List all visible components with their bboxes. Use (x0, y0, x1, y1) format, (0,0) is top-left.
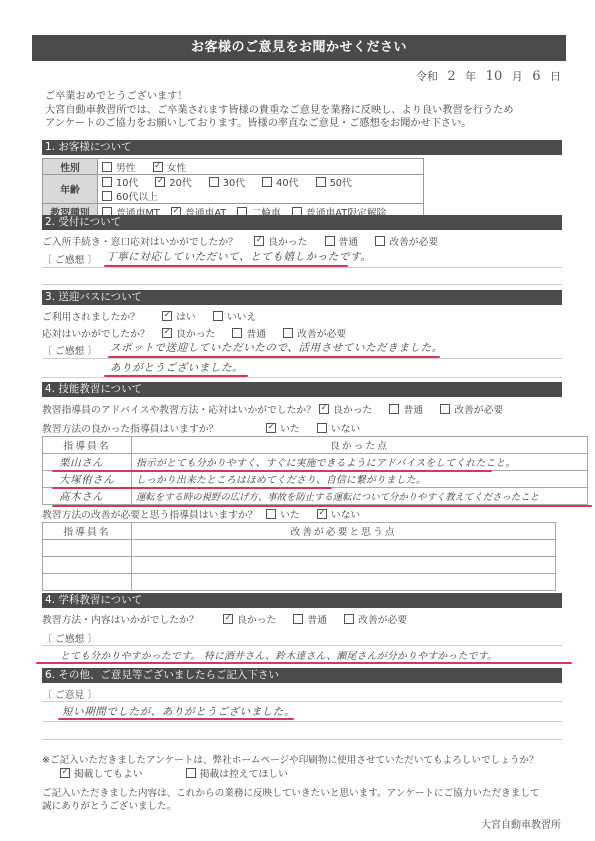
table-row (43, 574, 556, 591)
checkbox-30s[interactable] (209, 177, 219, 187)
checkbox-needs-improvement[interactable] (440, 404, 450, 414)
reception-comment[interactable]: 丁寧に対応していただいて、とても嬉しかったです。 (106, 249, 371, 264)
col-good-points: 良かった点 (132, 437, 588, 454)
section-header-customer: 1. お客様について (42, 140, 562, 155)
checkbox-normal[interactable] (293, 614, 303, 624)
highlight-underline (36, 662, 572, 664)
form-title: お客様のご意見をお聞かせください (32, 35, 566, 61)
closing-text: ご記入いただきました内容は、これからの業務に反映していきたいと思います。アンケー… (42, 787, 540, 813)
option-good[interactable]: 良かった (254, 237, 307, 248)
table-row: 栗山さん 指示がとても分かりやすく、すぐに実施できるようにアドバイスをしてくれた… (43, 454, 588, 471)
customer-info-table: 性別 男性 女性 年齢 10代 20代 30代 40代 50代 60代以上 教習… (42, 158, 424, 220)
checkbox-no[interactable] (317, 509, 327, 519)
option-60s-plus[interactable]: 60代以上 (102, 192, 158, 203)
age-label: 年齢 (43, 175, 98, 204)
option-no[interactable]: いない (317, 424, 360, 435)
table-row: 高木さん 運転をする時の視野の広げ方、事故を防止する運転について分かりやすく教え… (43, 488, 588, 505)
checkbox-needs-improvement[interactable] (375, 236, 385, 246)
signature: 大宮自動車教習所 (481, 816, 561, 831)
bus-comment-line-1[interactable]: スポットで送迎していただいたので、活用させていただきました。 (110, 340, 443, 355)
checkbox-good[interactable] (162, 328, 172, 338)
option-30s[interactable]: 30代 (209, 178, 245, 189)
checkbox-yes[interactable] (266, 423, 276, 433)
publish-question: ※ご記入いただきましたアンケートは、弊社ホームページや印刷物に使用させていただい… (42, 752, 539, 766)
checkbox-good[interactable] (223, 614, 233, 624)
checkbox-publish-decline[interactable] (186, 768, 196, 778)
bus-comment-label: 〔 ご感想 〕 (42, 343, 97, 357)
intro-text: ご卒業おめでとうございます！ 大宮自動車教習所では、ご卒業されます皆様の貴重なご… (45, 90, 565, 131)
option-needs-improvement[interactable]: 改善が必要 (283, 329, 346, 340)
col-instructor-name: 指導員名 (43, 523, 132, 540)
highlight-underline (58, 718, 294, 720)
good-point[interactable]: 指示がとても分かりやすく、すぐに実施できるようにアドバイスをしてくれたこと。 (132, 454, 588, 471)
option-needs-improvement[interactable]: 改善が必要 (375, 237, 438, 248)
comment-line (42, 701, 562, 702)
good-point[interactable]: 運転をする時の視野の広げ方、事故を防止する運転について分かりやすく教えてくださっ… (132, 488, 588, 505)
date-day-label: 日 (550, 70, 561, 83)
date-month-label: 月 (512, 70, 523, 83)
option-normal[interactable]: 普通 (293, 615, 327, 626)
gender-options: 男性 女性 (98, 159, 424, 175)
checkbox-normal[interactable] (325, 236, 335, 246)
publish-options: 掲載してもよい 掲載は控えてほしい (60, 766, 302, 780)
section-header-classroom-lessons: 4. 学科教習について (42, 593, 562, 608)
checkbox-60s-plus[interactable] (102, 191, 112, 201)
section-header-driving-lessons: 4. 技能教習について (42, 382, 562, 397)
checkbox-normal[interactable] (232, 328, 242, 338)
option-male[interactable]: 男性 (102, 163, 136, 174)
instructor-advice-row: 教習指導員のアドバイスや教習方法・応対はいかがでしたか？ 良かった 普通 改善が… (42, 402, 517, 416)
checkbox-40s[interactable] (262, 177, 272, 187)
highlight-underline (52, 470, 492, 472)
instructor-name[interactable] (43, 557, 132, 574)
col-improvement-points: 改善が必要と思う点 (132, 523, 556, 540)
intro-line: アンケートのご協力をお願いしております。皆様の率直なご意見・ご感想をお聞かせ下さ… (45, 117, 565, 131)
option-female[interactable]: 女性 (153, 163, 187, 174)
gender-row: 性別 男性 女性 (43, 159, 424, 175)
good-instructor-question: 教習方法の良かった指導員はいますか？ (42, 421, 263, 435)
option-yes[interactable]: いた (266, 424, 300, 435)
bus-service-row: 応対はいかがでしたか？ 良かった 普通 改善が必要 (42, 326, 360, 340)
date-day[interactable]: 6 (532, 69, 540, 84)
checkbox-no[interactable] (213, 311, 223, 321)
option-yes[interactable]: はい (162, 312, 196, 323)
checkbox-male[interactable] (102, 162, 112, 172)
comment-line (42, 377, 562, 378)
table-header: 指導員名 良かった点 (43, 437, 588, 454)
closing-line: ご記入いただきました内容は、これからの業務に反映していきたいと思います。アンケー… (42, 787, 540, 800)
checkbox-female[interactable] (153, 162, 163, 172)
option-no[interactable]: いない (317, 510, 360, 521)
checkbox-good[interactable] (254, 236, 264, 246)
option-40s[interactable]: 40代 (262, 178, 298, 189)
intro-line: ご卒業おめでとうございます！ (45, 90, 565, 104)
option-publish-decline[interactable]: 掲載は控えてほしい (186, 769, 288, 780)
date: 令和 2 年 10 月 6 日 (416, 68, 561, 84)
option-good[interactable]: 良かった (223, 615, 276, 626)
checkbox-needs-improvement[interactable] (283, 328, 293, 338)
col-instructor-name: 指導員名 (43, 437, 132, 454)
classroom-comment-label: 〔 ご感想 〕 (42, 631, 97, 645)
improvement-point[interactable] (132, 540, 556, 557)
date-year-label: 年 (465, 70, 476, 83)
other-comment[interactable]: 短い期間でしたが、ありがとうございました。 (62, 704, 295, 719)
checkbox-yes[interactable] (266, 509, 276, 519)
reception-comment-label: 〔 ご感想 〕 (42, 252, 97, 266)
good-point[interactable]: しっかり出来たところはほめてくださり、自信に繋がりました。 (132, 471, 588, 488)
classroom-question: 教習方法・内容はいかがでしたか？ (42, 612, 220, 626)
option-yes[interactable]: いた (266, 510, 300, 521)
reception-question-row: ご入所手続き・窓口応対はいかがでしたか？ 良かった 普通 改善が必要 (42, 234, 452, 248)
checkbox-publish-ok[interactable] (60, 768, 70, 778)
checkbox-needs-improvement[interactable] (344, 614, 354, 624)
table-row (43, 540, 556, 557)
option-good[interactable]: 良かった (319, 405, 372, 416)
section-header-reception: 2. 受付について (42, 215, 562, 230)
checkbox-good[interactable] (319, 404, 329, 414)
gender-label: 性別 (43, 159, 98, 175)
date-era: 令和 (416, 70, 438, 83)
checkbox-10s[interactable] (102, 177, 112, 187)
age-row: 年齢 10代 20代 30代 40代 50代 60代以上 (43, 175, 424, 204)
comment-line (42, 645, 562, 646)
comment-line (42, 267, 562, 268)
improvement-point[interactable] (132, 574, 556, 591)
checkbox-20s[interactable] (155, 177, 165, 187)
instructor-name[interactable]: 栗山さん (43, 454, 132, 471)
comment-line (42, 721, 562, 722)
improve-instructor-row: 教習方法の改善が必要と思う指導員はいますか？ いた いない (42, 507, 374, 521)
checkbox-yes[interactable] (162, 311, 172, 321)
instructor-name[interactable] (43, 540, 132, 557)
date-year[interactable]: 2 (447, 69, 455, 84)
divider (42, 284, 562, 285)
section-header-shuttle-bus: 3. 送迎バスについて (42, 290, 562, 305)
checkbox-50s[interactable] (316, 177, 326, 187)
section-header-other-comments: 6. その他、ご意見等ございましたらご記入下さい (42, 668, 562, 683)
improve-instructor-table: 指導員名 改善が必要と思う点 (42, 522, 556, 591)
closing-line: 誠にありがとうございました。 (42, 800, 540, 813)
instructor-advice-question: 教習指導員のアドバイスや教習方法・応対はいかがでしたか？ (42, 405, 316, 416)
option-normal[interactable]: 普通 (232, 329, 266, 340)
option-no[interactable]: いいえ (213, 312, 256, 323)
bus-usage-row: ご利用されましたか？ はい いいえ (42, 309, 270, 323)
option-needs-improvement[interactable]: 改善が必要 (344, 615, 407, 626)
intro-line: 大宮自動車教習所では、ご卒業されます皆様の貴重なご意見を業務に反映し、より良い教… (45, 104, 565, 118)
option-10s[interactable]: 10代 (102, 178, 138, 189)
classroom-question-row: 教習方法・内容はいかがでしたか？ 良かった 普通 改善が必要 (42, 612, 421, 626)
instructor-name[interactable]: 大塚侑さん (43, 471, 132, 488)
option-50s[interactable]: 50代 (316, 178, 352, 189)
checkbox-normal[interactable] (389, 404, 399, 414)
highlight-underline (52, 487, 332, 489)
age-options: 10代 20代 30代 40代 50代 60代以上 (98, 175, 424, 204)
other-comment-label: 〔 ご意見 〕 (42, 687, 97, 701)
option-20s[interactable]: 20代 (155, 178, 191, 189)
comment-line (42, 739, 562, 740)
option-good[interactable]: 良かった (162, 329, 215, 340)
bus-usage-question: ご利用されましたか？ (42, 309, 159, 323)
improve-instructor-question: 教習方法の改善が必要と思う指導員はいますか？ (42, 507, 263, 521)
option-publish-ok[interactable]: 掲載してもよい (60, 769, 143, 780)
table-header: 指導員名 改善が必要と思う点 (43, 523, 556, 540)
table-row (43, 557, 556, 574)
date-month[interactable]: 10 (486, 69, 503, 84)
checkbox-no[interactable] (317, 423, 327, 433)
option-normal[interactable]: 普通 (325, 237, 359, 248)
option-normal[interactable]: 普通 (389, 405, 423, 416)
reception-question: ご入所手続き・窓口応対はいかがでしたか？ (42, 237, 238, 248)
option-needs-improvement[interactable]: 改善が必要 (440, 405, 503, 416)
bus-comment-line-2[interactable]: ありがとうございました。 (110, 360, 243, 375)
instructor-name[interactable] (43, 574, 132, 591)
comment-line (42, 358, 562, 359)
instructor-name[interactable]: 高木さん (43, 488, 132, 505)
bus-service-question: 応対はいかがでしたか？ (42, 326, 159, 340)
good-instructor-row: 教習方法の良かった指導員はいますか？ いた いない (42, 421, 374, 435)
improvement-point[interactable] (132, 557, 556, 574)
table-row: 大塚侑さん しっかり出来たところはほめてくださり、自信に繋がりました。 (43, 471, 588, 488)
classroom-comment[interactable]: とても分かりやすかったです。 特に酒井さん、鈴木達さん、瀬尾さんが分かりやすかっ… (60, 648, 497, 662)
